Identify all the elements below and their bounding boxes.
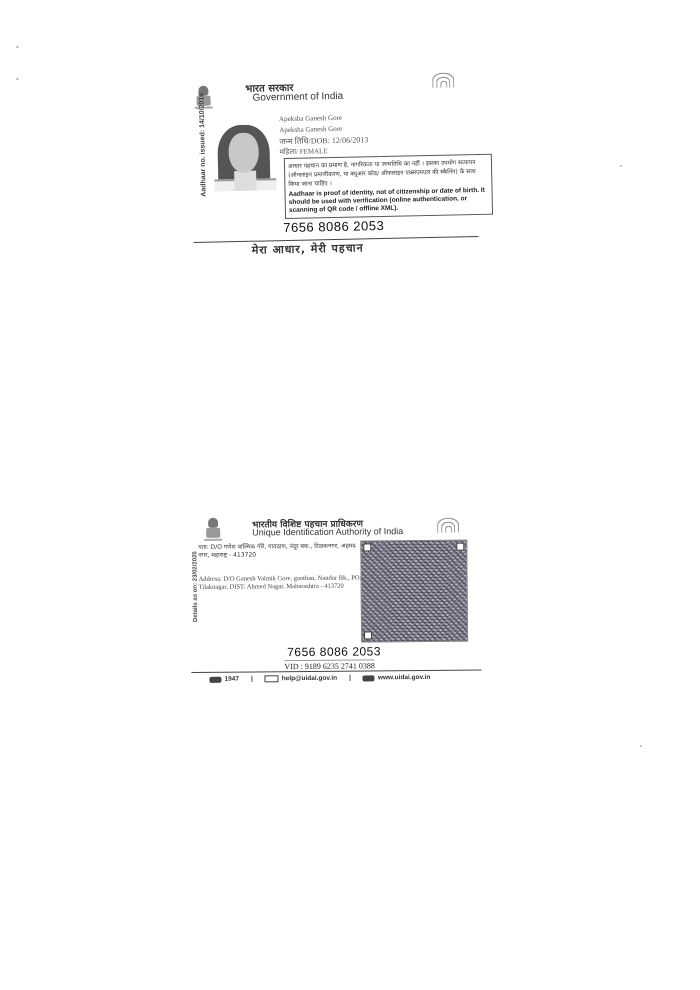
aadhaar-card-back: भारतीय विशिष्ट पहचान प्राधिकरण Unique Id… <box>190 509 492 692</box>
tagline: मेरा आधार, मेरी पहचान <box>252 240 364 257</box>
scan-speck <box>640 745 642 747</box>
aadhaar-number: 7656 8086 2053 <box>287 644 381 659</box>
helpline-number: 1947 <box>224 676 239 683</box>
national-emblem-icon <box>204 518 222 542</box>
holder-photo <box>213 122 276 191</box>
mail-icon <box>265 675 279 682</box>
aadhaar-number: 7656 8086 2053 <box>283 218 384 235</box>
holder-name: Apeksha Ganesh Gore <box>279 125 342 134</box>
holder-name-local: Apeksha Ganesh Gore <box>279 114 342 123</box>
divider-line <box>191 669 481 673</box>
aadhaar-logo-icon <box>430 70 456 89</box>
aadhaar-card-front: भारत सरकार Government of India Aadhaar n… <box>190 66 494 262</box>
website-link[interactable]: www.uidai.gov.in <box>378 674 430 681</box>
date-of-birth: जन्म तिथि/DOB: 12/06/2013 <box>279 134 368 147</box>
aadhaar-logo-icon <box>435 516 461 534</box>
phone-icon <box>209 676 221 682</box>
scan-speck <box>620 165 622 167</box>
notice-hindi: आधार पहचान का प्रमाण है, नागरिकता या जन्… <box>288 158 489 189</box>
address-hindi: पता: D/O गणेश वाल्मिक गोरे, गावठाण, नंदू… <box>198 543 358 559</box>
address-english: Address: D/O Ganesh Valmik Gore, gaothan… <box>199 574 369 590</box>
web-icon <box>363 675 375 681</box>
identity-notice-box: आधार पहचान का प्रमाण है, नागरिकता या जन्… <box>284 154 493 219</box>
qr-code[interactable] <box>360 540 468 643</box>
help-email[interactable]: help@uidai.gov.in <box>282 675 337 682</box>
separator: | <box>349 675 351 682</box>
authority-title-english: Unique Identification Authority of India <box>252 526 403 537</box>
gender: महिला/ FEMALE <box>280 147 328 157</box>
gov-title-english: Government of India <box>252 91 343 104</box>
virtual-id: VID : 9189 6235 2741 0388 <box>284 659 375 671</box>
scan-speck <box>16 46 19 48</box>
separator: | <box>251 675 253 682</box>
notice-english: Aadhaar is proof of identity, not of cit… <box>289 187 489 215</box>
contact-footer: 1947 | help@uidai.gov.in | www.uidai.gov… <box>209 673 479 682</box>
scan-speck <box>16 78 19 80</box>
